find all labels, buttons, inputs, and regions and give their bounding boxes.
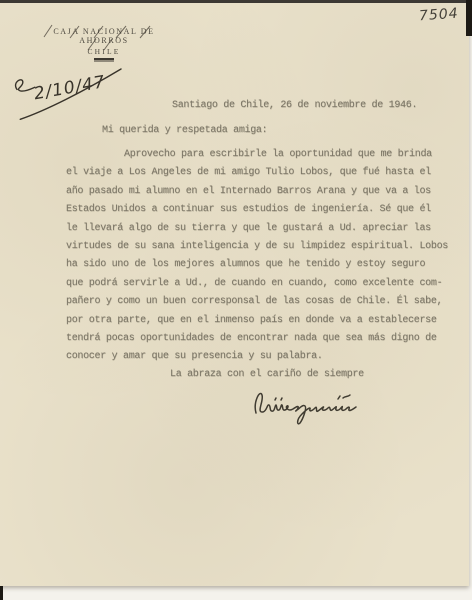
body-line: año pasado mi alumno en el Internado Bar… <box>66 183 466 201</box>
closing-line: La abraza con el cariño de siempre <box>170 369 364 380</box>
letterhead-stamp: CAJA NACIONAL DE AHORROS CHILE <box>36 27 172 60</box>
body-line: Aprovecho para escribirle la oportunidad… <box>66 146 466 164</box>
body-line: conocer y amar que su presencia y su pal… <box>66 348 466 366</box>
dateline: Santiago de Chile, 26 de noviembre de 19… <box>172 100 417 111</box>
scan-edge-top <box>0 0 472 3</box>
body-line: Estados Unidos a continuar sus estudios … <box>66 201 466 219</box>
body-line: tendrá pocas oportunidades de encontrar … <box>66 330 466 348</box>
body-line: virtudes de su sana inteligencia y de su… <box>66 238 466 256</box>
letter-body: Aprovecho para escribirle la oportunidad… <box>66 146 466 367</box>
body-line: pañero y como un buen corresponsal de la… <box>66 293 466 311</box>
signature-strokes <box>250 382 370 426</box>
signature <box>250 382 370 431</box>
body-line: ha sido uno de los mejores alumnos que h… <box>66 256 466 274</box>
scan-edge-top-right <box>466 0 472 36</box>
scan-edge-bottom-left <box>0 586 3 600</box>
body-line: por otra parte, que en el inmenso país e… <box>66 312 466 330</box>
received-date-note: 2/10/47 <box>9 54 146 126</box>
letter-paper: CAJA NACIONAL DE AHORROS CHILE 2/10/47 7… <box>0 3 469 586</box>
letterhead-line2: CHILE <box>36 47 172 56</box>
letterhead-line1: CAJA NACIONAL DE AHORROS <box>36 27 172 45</box>
salutation: Mi querida y respetada amiga: <box>102 125 267 136</box>
body-line: que podrá servirle a Ud., de cuando en c… <box>66 275 466 293</box>
archive-number: 7504 <box>418 6 459 25</box>
body-line: le llevará algo de su tierra y que le gu… <box>66 220 466 238</box>
body-line: el viaje a Los Angeles de mi amigo Tulio… <box>66 164 466 182</box>
